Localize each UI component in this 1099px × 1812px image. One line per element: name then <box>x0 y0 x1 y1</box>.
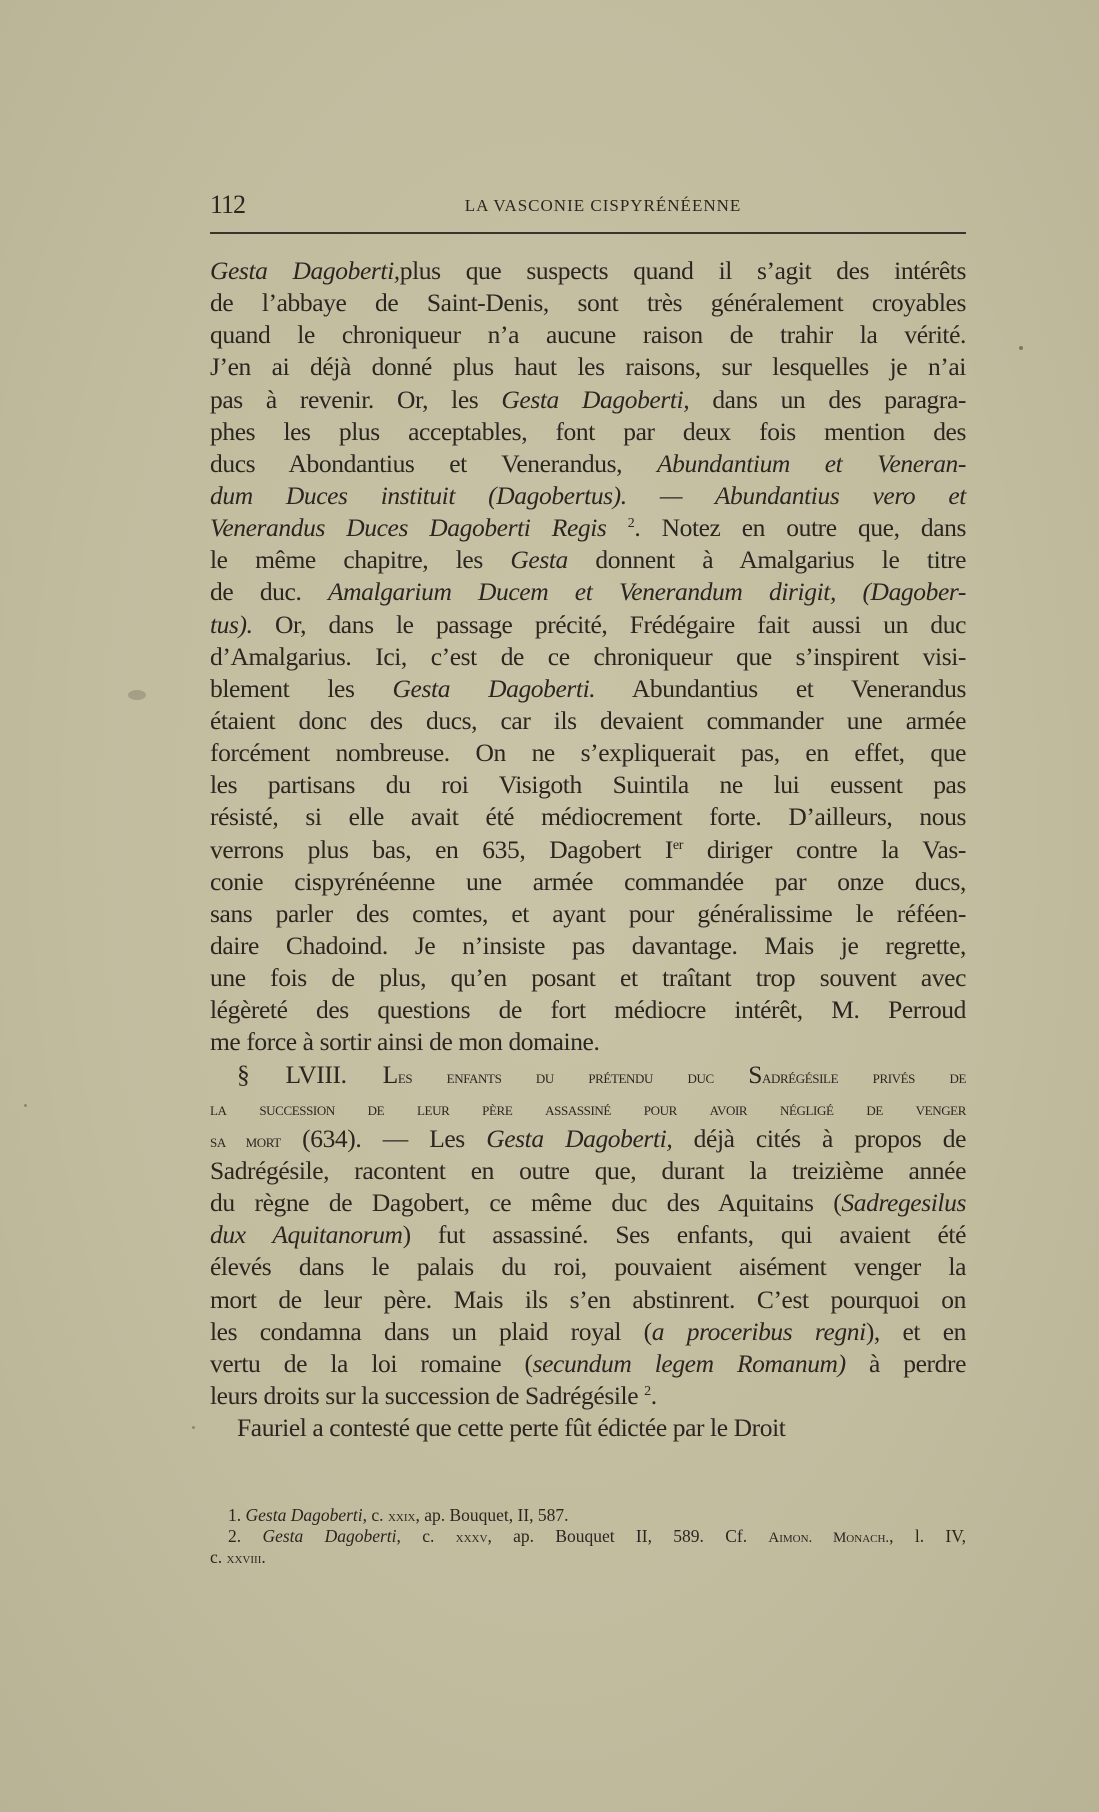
text-run: , c. <box>397 1526 456 1546</box>
text-run: le même chapitre, les <box>210 545 510 574</box>
text-run: verrons plus bas, en 635, Dagobert I <box>210 835 673 864</box>
text-run: étaient donc des ducs, car ils devaient … <box>210 706 966 735</box>
text-run: déjà cités à propos de <box>672 1124 966 1153</box>
text-run: pas à revenir. Or, les <box>210 385 501 414</box>
italic-text: Abundantium et Veneran- <box>657 449 966 478</box>
text-run: me force à sortir ainsi de mon domaine. <box>210 1027 599 1056</box>
text-run <box>606 513 627 542</box>
text-line: pas à revenir. Or, les Gesta Dagoberti, … <box>210 384 966 416</box>
footnote-ref: 2 <box>644 1384 651 1399</box>
text-line: tus). Or, dans le passage précité, Frédé… <box>210 609 966 641</box>
text-run: blement les <box>210 674 393 703</box>
smallcaps-text: la succession de leur père assassiné pou… <box>210 1099 966 1120</box>
text-run: forcément nombreuse. On ne s’expliquerai… <box>210 738 966 767</box>
text-line: verrons plus bas, en 635, Dagobert Ier d… <box>210 834 966 866</box>
italic-text: Gesta Dagoberti <box>262 1526 396 1546</box>
text-line: de l’abbaye de Saint-Denis, sont très gé… <box>210 287 966 319</box>
text-line: § LVIII. Les enfants du prétendu duc Sad… <box>210 1059 966 1091</box>
text-run: Or, dans le passage précité, Frédégaire … <box>253 610 966 639</box>
text-run: 2. <box>228 1526 262 1546</box>
text-line: Fauriel a contesté que cette perte fût é… <box>210 1412 966 1444</box>
italic-text: dux Aquitanorum <box>210 1220 403 1249</box>
italic-text: Gesta Dagoberti <box>246 1505 363 1525</box>
italic-text: dum Duces instituit (Dagobertus). — Abun… <box>210 481 966 510</box>
text-run: c. <box>210 1547 227 1567</box>
text-run: vertu de la loi romaine ( <box>210 1349 533 1378</box>
text-run: du règne de Dagobert, ce même duc des Aq… <box>210 1188 841 1217</box>
italic-text: Gesta Dagoberti, <box>210 256 400 285</box>
text-run: plus que suspects quand il s’agit des in… <box>400 256 966 285</box>
text-run: . Notez en outre que, dans <box>634 513 966 542</box>
text-line: Venerandus Duces Dagoberti Regis 2. Note… <box>210 512 966 544</box>
text-run: ), et en <box>866 1317 966 1346</box>
body-text: Gesta Dagoberti,plus que suspects quand … <box>210 255 966 1444</box>
text-run: daire Chadoind. Je n’insiste pas davanta… <box>210 931 966 960</box>
text-line: du règne de Dagobert, ce même duc des Aq… <box>210 1187 966 1219</box>
text-run: mort de leur père. Mais ils s’en abstinr… <box>210 1285 966 1314</box>
italic-text: Gesta Dagoberti, <box>486 1124 672 1153</box>
text-line: les condamna dans un plaid royal (a proc… <box>210 1316 966 1348</box>
text-run: . <box>651 1381 657 1410</box>
text-line: légèreté des questions de fort médiocre … <box>210 994 966 1026</box>
text-line: ducs Abondantius et Venerandus, Abundant… <box>210 448 966 480</box>
text-run: donnent à Amalgarius le titre <box>568 545 966 574</box>
text-run: Sadrégésile, racontent en outre que, dur… <box>210 1156 966 1185</box>
text-run: J’en ai déjà donné plus haut les raisons… <box>210 352 966 381</box>
italic-text: Gesta <box>510 545 568 574</box>
smallcaps-text: es enfants du prétendu duc <box>398 1067 748 1088</box>
text-line: sans parler des comtes, et ayant pour gé… <box>210 898 966 930</box>
text-line: blement les Gesta Dagoberti. Abundantius… <box>210 673 966 705</box>
italic-text: Gesta Dagoberti, <box>501 385 689 414</box>
text-line: sa mort (634). — Les Gesta Dagoberti, dé… <box>210 1123 966 1155</box>
text-run: dans un des paragra- <box>689 385 966 414</box>
book-page: 112 LA VASCONIE CISPYRÉNÉENNE Gesta Dago… <box>0 0 1099 1812</box>
text-line: mort de leur père. Mais ils s’en abstinr… <box>210 1284 966 1316</box>
paper-speck <box>24 1104 27 1107</box>
italic-text: tus). <box>210 610 253 639</box>
text-run: conie cispyrénéenne une armée commandée … <box>210 867 966 896</box>
smallcaps-initial: S <box>748 1060 762 1089</box>
smallcaps-text: adrégésile privés de <box>762 1067 966 1088</box>
italic-text: secundum legem Romanum) <box>533 1349 846 1378</box>
text-line: dum Duces instituit (Dagobertus). — Abun… <box>210 480 966 512</box>
footnote: 1. Gesta Dagoberti, c. xxix, ap. Bouquet… <box>210 1505 966 1526</box>
footnotes: 1. Gesta Dagoberti, c. xxix, ap. Bouquet… <box>210 1505 966 1568</box>
text-line: élevés dans le palais du roi, pouvaient … <box>210 1251 966 1283</box>
text-line: forcément nombreuse. On ne s’expliquerai… <box>210 737 966 769</box>
text-run: leurs droits sur la succession de Sadrég… <box>210 1381 644 1410</box>
text-run: de l’abbaye de Saint-Denis, sont très gé… <box>210 288 966 317</box>
footnote-ref: er <box>673 838 683 853</box>
text-run: de duc. <box>210 577 328 606</box>
text-run: (634). — Les <box>281 1124 486 1153</box>
text-line: la succession de leur père assassiné pou… <box>210 1091 966 1123</box>
text-run: élevés dans le palais du roi, pouvaient … <box>210 1252 966 1281</box>
text-run: légèreté des questions de fort médiocre … <box>210 995 966 1024</box>
text-run: d’Amalgarius. Ici, c’est de ce chronique… <box>210 642 966 671</box>
paper-stain <box>128 690 146 700</box>
text-line: d’Amalgarius. Ici, c’est de ce chronique… <box>210 641 966 673</box>
text-run: , ap. Bouquet II, 589. Cf. <box>487 1526 768 1546</box>
running-title: LA VASCONIE CISPYRÉNÉENNE <box>210 196 966 216</box>
footnote: c. xxviii. <box>210 1547 966 1568</box>
text-line: conie cispyrénéenne une armée commandée … <box>210 866 966 898</box>
text-line: dux Aquitanorum) fut assassiné. Ses enfa… <box>210 1219 966 1251</box>
text-run: les partisans du roi Visigoth Suintila n… <box>210 770 966 799</box>
text-line: leurs droits sur la succession de Sadrég… <box>210 1380 966 1412</box>
page-header: 112 LA VASCONIE CISPYRÉNÉENNE <box>210 190 966 220</box>
text-line: J’en ai déjà donné plus haut les raisons… <box>210 351 966 383</box>
text-line: me force à sortir ainsi de mon domaine. <box>210 1026 966 1058</box>
italic-text: Amalgarium Ducem et Venerandum dirigit, … <box>328 577 966 606</box>
text-run: ) fut assassiné. Ses enfants, qui avaien… <box>403 1220 966 1249</box>
text-line: les partisans du roi Visigoth Suintila n… <box>210 769 966 801</box>
text-run: quand le chroniqueur n’a aucune raison d… <box>210 320 966 349</box>
text-line: phes les plus acceptables, font par deux… <box>210 416 966 448</box>
text-line: Sadrégésile, racontent en outre que, dur… <box>210 1155 966 1187</box>
italic-text: Gesta Dagoberti. <box>393 674 596 703</box>
text-line: étaient donc des ducs, car ils devaient … <box>210 705 966 737</box>
text-line: de duc. Amalgarium Ducem et Venerandum d… <box>210 576 966 608</box>
text-run: , l. IV, <box>889 1526 966 1546</box>
text-run: sans parler des comtes, et ayant pour gé… <box>210 899 966 928</box>
text-run: diriger contre la Vas- <box>683 835 966 864</box>
smallcaps-text: sa mort <box>210 1131 281 1152</box>
text-run: à perdre <box>846 1349 966 1378</box>
text-run: Abundantius et Venerandus <box>595 674 966 703</box>
text-line: daire Chadoind. Je n’insiste pas davanta… <box>210 930 966 962</box>
text-run: , c. <box>363 1505 388 1525</box>
text-run: § LVIII. <box>237 1060 383 1089</box>
text-run: phes les plus acceptables, font par deux… <box>210 417 966 446</box>
text-run: les condamna dans un plaid royal ( <box>210 1317 652 1346</box>
text-line: une fois de plus, qu’en posant et traîta… <box>210 962 966 994</box>
header-rule <box>210 232 966 234</box>
paper-speck <box>192 1426 195 1429</box>
smallcaps-initial: L <box>383 1060 398 1089</box>
smallcaps-text: xxviii <box>227 1551 262 1567</box>
smallcaps-text: Aimon. Monach. <box>768 1530 889 1546</box>
italic-text: a proceribus regni <box>652 1317 866 1346</box>
text-line: résisté, si elle avait été médiocrement … <box>210 801 966 833</box>
text-run: résisté, si elle avait été médiocrement … <box>210 802 966 831</box>
smallcaps-text: xxix <box>388 1509 416 1525</box>
text-run: une fois de plus, qu’en posant et traîta… <box>210 963 966 992</box>
footnote: 2. Gesta Dagoberti, c. xxxv, ap. Bouquet… <box>210 1526 966 1547</box>
text-line: Gesta Dagoberti,plus que suspects quand … <box>210 255 966 287</box>
italic-text: Venerandus Duces Dagoberti Regis <box>210 513 606 542</box>
paper-speck <box>1019 346 1023 350</box>
text-run: Fauriel a contesté que cette perte fût é… <box>237 1413 785 1442</box>
text-line: vertu de la loi romaine (secundum legem … <box>210 1348 966 1380</box>
smallcaps-text: xxxv <box>456 1530 488 1546</box>
text-run: 1. <box>228 1505 246 1525</box>
text-line: le même chapitre, les Gesta donnent à Am… <box>210 544 966 576</box>
text-run: , ap. Bouquet, II, 587. <box>415 1505 568 1525</box>
text-line: quand le chroniqueur n’a aucune raison d… <box>210 319 966 351</box>
text-run: . <box>261 1547 265 1567</box>
text-run: ducs Abondantius et Venerandus, <box>210 449 657 478</box>
italic-text: Sadregesilus <box>841 1188 966 1217</box>
